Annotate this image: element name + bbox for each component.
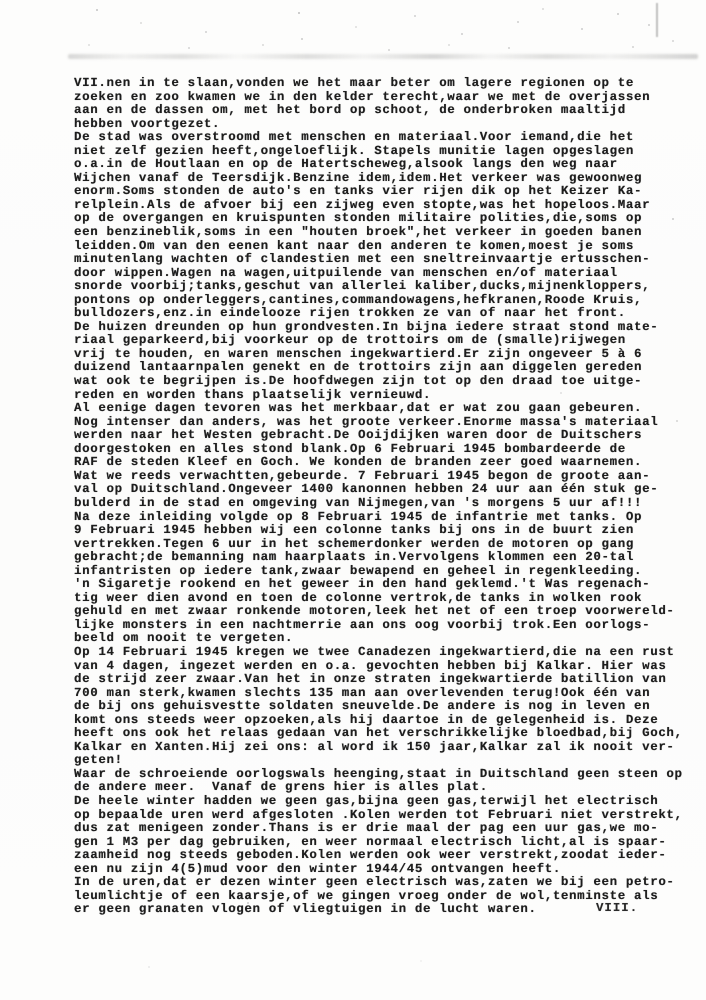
- text-line: Kalkar en Xanten.Hij zei ons: al word ik…: [74, 741, 702, 755]
- text-line: aan en de dassen om, met het bord op sch…: [74, 104, 702, 118]
- text-line: de strijd zeer zwaar.Van het in onze str…: [74, 673, 702, 687]
- text-line: snorde voorbij;tanks,geschut van allerle…: [74, 280, 702, 294]
- text-line: beeld om nooit te vergeten.: [74, 632, 702, 646]
- text-line: riaal geparkeerd,bij voorkeur op de trot…: [74, 334, 702, 348]
- text-line: de bij ons gehuisvestte soldaten sneuvel…: [74, 700, 702, 714]
- scan-corner-mark: [656, 3, 658, 37]
- text-line: bulldozers,enz.in eindelooze rijen trokk…: [74, 307, 702, 321]
- text-line: 9 Februari 1945 hebben wij een colonne t…: [74, 524, 702, 538]
- text-line: RAF de steden Kleef en Goch. We konden d…: [74, 456, 702, 470]
- text-line: op de overgangen en kruispunten stonden …: [74, 212, 702, 226]
- text-line: bulderd in de stad en omgeving van Nijme…: [74, 497, 702, 511]
- text-line: 'n Sigaretje rookend en het geweer in de…: [74, 578, 702, 592]
- text-line: heeft ons ook het relaas gedaan van het …: [74, 727, 702, 741]
- text-line: Al eenige dagen tevoren was het merkbaar…: [74, 402, 702, 416]
- text-line: Op 14 Februari 1945 kregen we twee Canad…: [74, 646, 702, 660]
- text-line: De stad was overstroomd met menschen en …: [74, 131, 702, 145]
- text-line: zaamheid nog steeds geboden.Kolen werden…: [74, 849, 702, 863]
- text-line: gebracht;de bemanning nam haarplaats in.…: [74, 551, 702, 565]
- text-line: minutenlang wachten of clandestien met e…: [74, 253, 702, 267]
- page-number: VIII.: [596, 901, 638, 915]
- typewritten-text-block: VII.nen in te slaan,vonden we het maar b…: [74, 77, 702, 917]
- scan-smudge-band: [68, 54, 698, 59]
- scanned-document-page: VII.nen in te slaan,vonden we het maar b…: [0, 0, 706, 1000]
- text-line: val op Duitschland.Ongeveer 1400 kanonne…: [74, 483, 702, 497]
- text-line: de andere meer. Vanaf de grens hier is a…: [74, 781, 702, 795]
- text-line: gehuld en met zwaar ronkende motoren,lee…: [74, 605, 702, 619]
- text-line: VII.nen in te slaan,vonden we het maar b…: [74, 77, 702, 91]
- text-line: werden naar het Westen gebracht.De Ooijd…: [74, 429, 702, 443]
- text-line: wat ook te begrijpen is.De hoofdwegen zi…: [74, 375, 702, 389]
- text-line: enorm.Soms stonden de auto's en tanks vi…: [74, 185, 702, 199]
- text-line: een benzineblik,soms in een "houten broe…: [74, 226, 702, 240]
- text-line: geten!: [74, 754, 702, 768]
- text-line: o.a.in de Houtlaan en op de Hatertschewe…: [74, 158, 702, 172]
- text-line: De heele winter hadden we geen gas,bijna…: [74, 795, 702, 809]
- text-line: duizend lantaarnpalen genekt en de trott…: [74, 361, 702, 375]
- text-line: dus zat menigeen zonder.Thans is er drie…: [74, 822, 702, 836]
- text-line: Na deze inleiding volgde op 8 Februari 1…: [74, 511, 702, 525]
- text-line: In de uren,dat er dezen winter geen elec…: [74, 876, 702, 890]
- scan-noise-speckles: [0, 0, 2, 2]
